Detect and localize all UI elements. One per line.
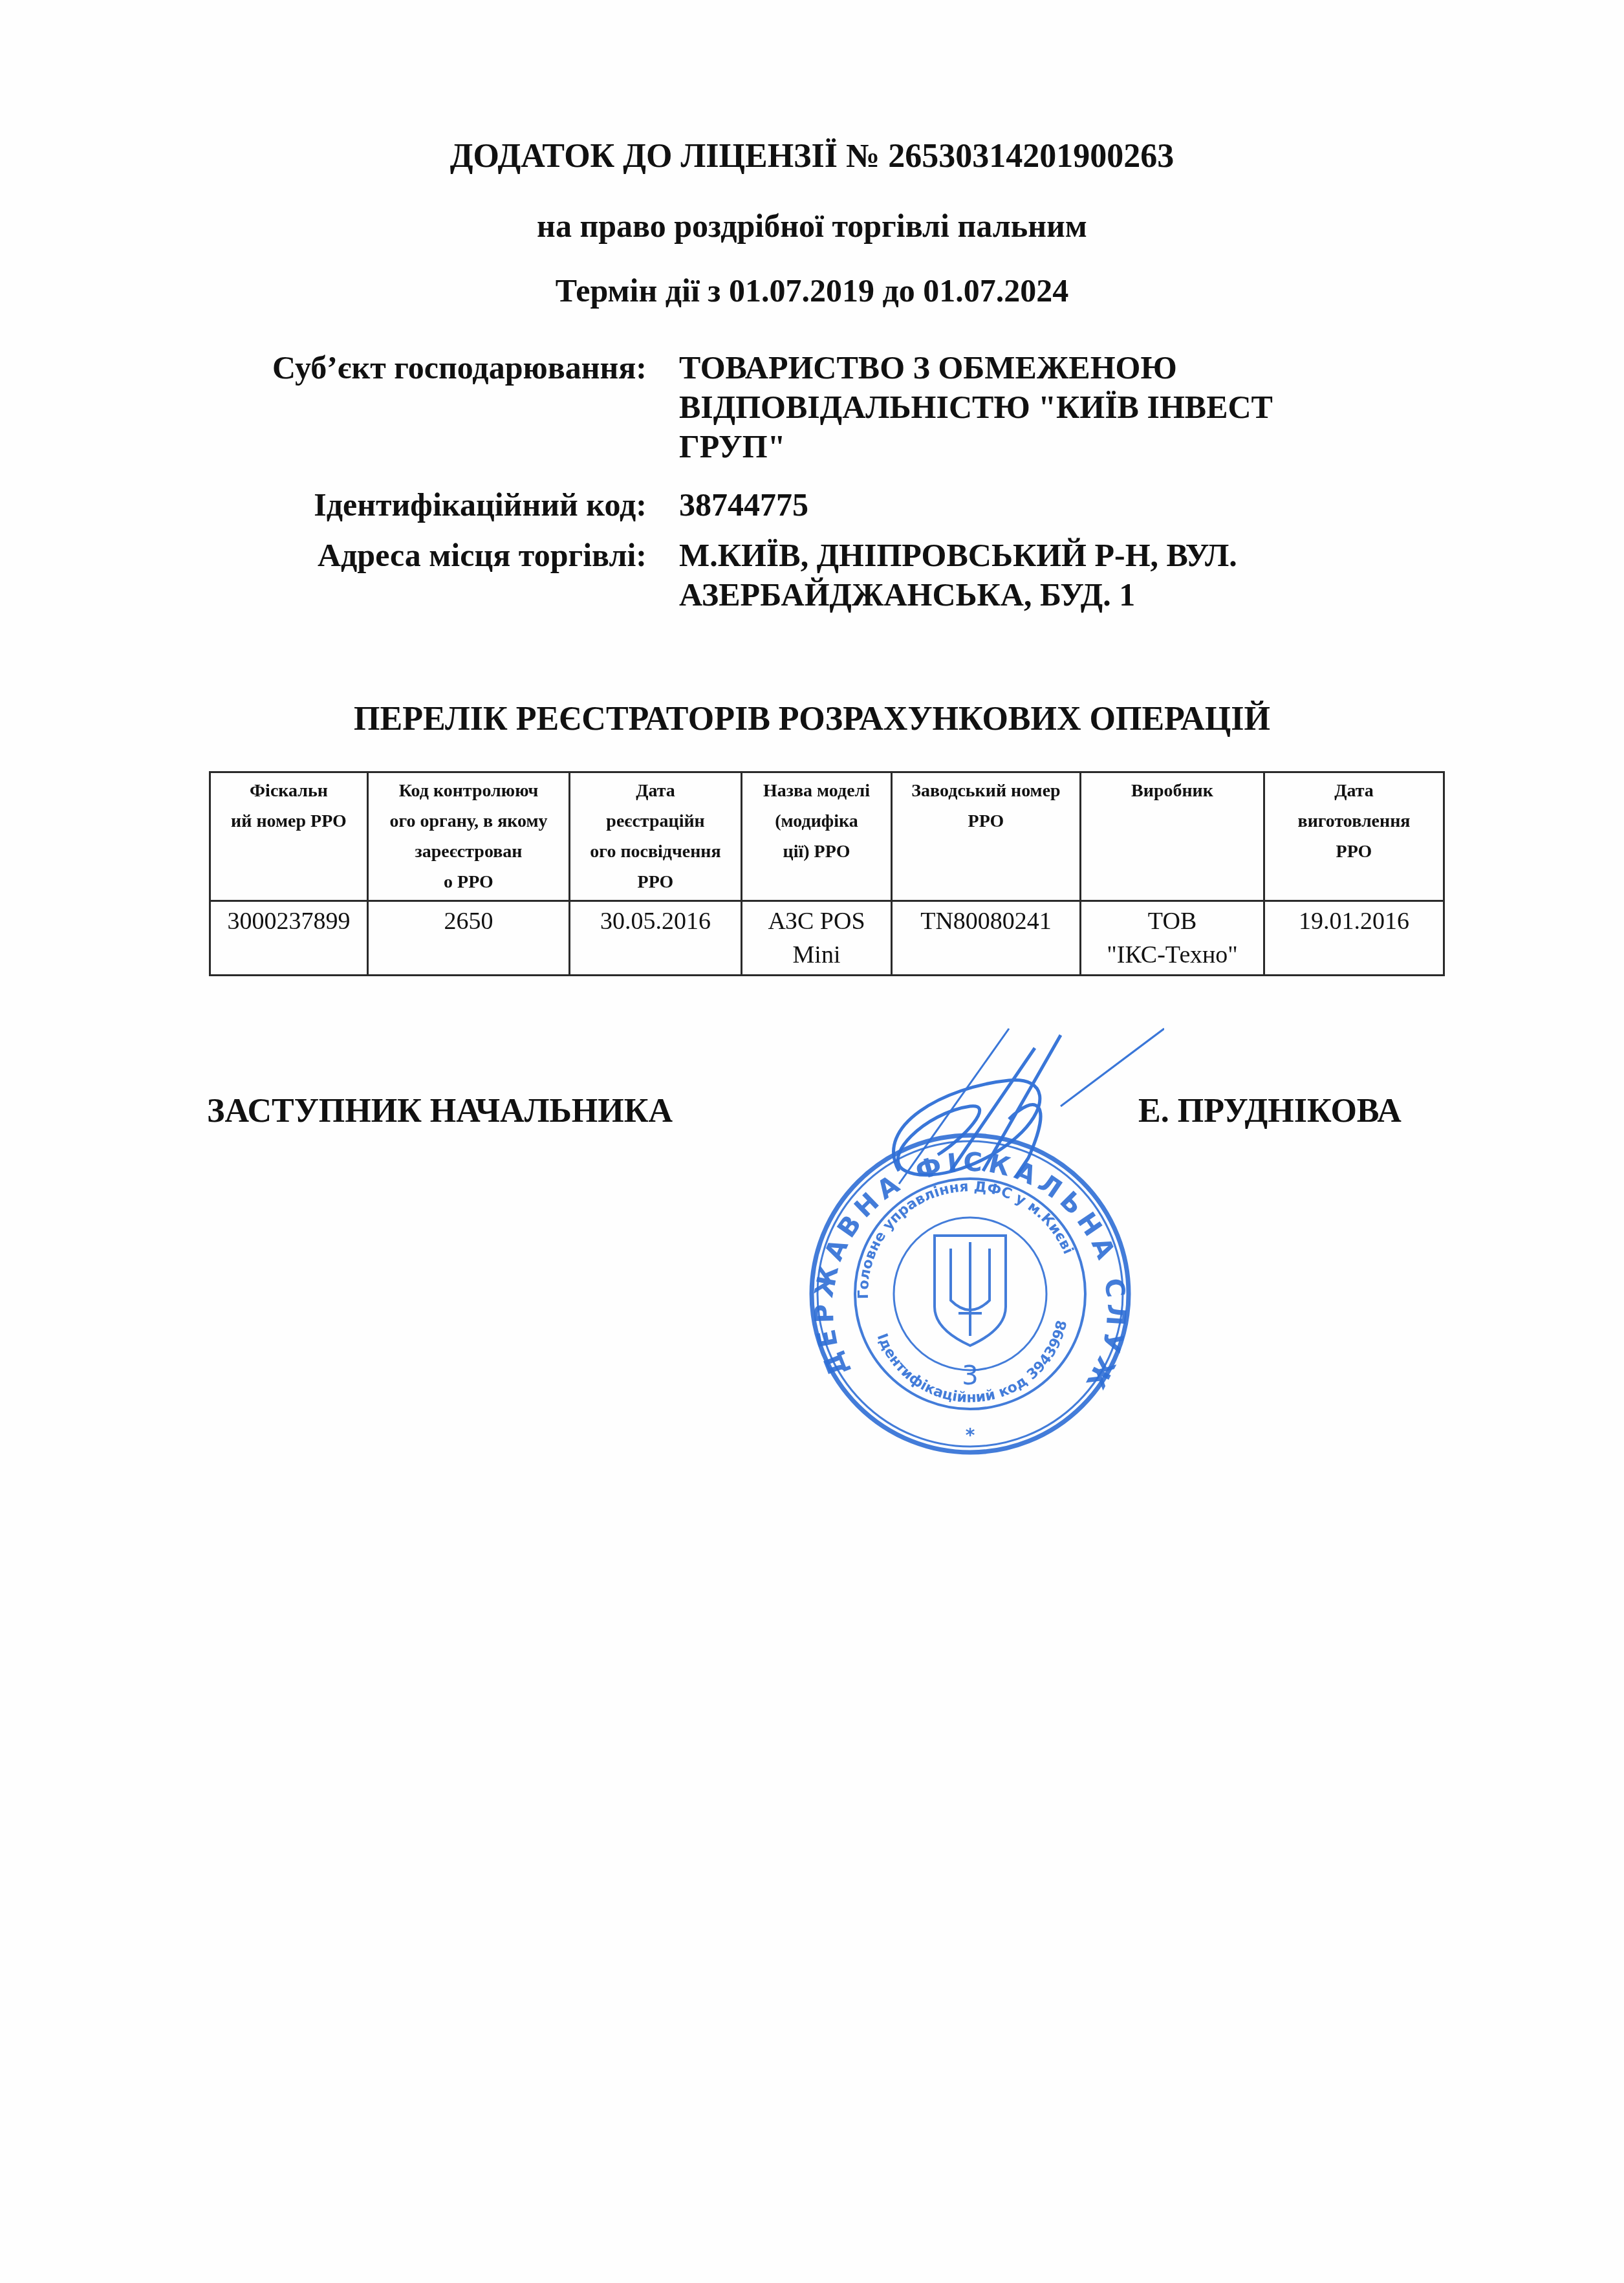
official-stamp-icon: ДЕРЖАВНА ФІСКАЛЬНА СЛУЖБА УКРАЇНИ Головн… xyxy=(776,1009,1164,1475)
column-header-line: Заводський номер xyxy=(895,776,1077,806)
column-header-line: Фіскальн xyxy=(213,776,364,806)
column-header-line: ого органу, в якому xyxy=(371,806,566,836)
column-header: Виробник xyxy=(1081,772,1264,901)
subject-line: ГРУП" xyxy=(679,427,1391,466)
validity-period: Термін дії з 01.07.2019 до 01.07.2024 xyxy=(0,272,1624,309)
column-header: Назва моделі(модифікації) РРО xyxy=(742,772,892,901)
column-header-line: РРО xyxy=(573,867,738,897)
table-cell: 19.01.2016 xyxy=(1264,901,1444,976)
table-row: 3000237899265030.05.2016АЗС POSMiniTN800… xyxy=(210,901,1444,976)
column-header: Датареєстраційного посвідченняРРО xyxy=(570,772,742,901)
column-header: Фіскальний номер РРО xyxy=(210,772,368,901)
column-header-line: РРО xyxy=(1268,836,1440,867)
table-header-row: Фіскальний номер РРОКод контролюючого ор… xyxy=(210,772,1444,901)
table-cell: 30.05.2016 xyxy=(570,901,742,976)
column-header-line: о РРО xyxy=(371,867,566,897)
column-header-line: ий номер РРО xyxy=(213,806,364,836)
svg-text:ДЕРЖАВНА ФІСКАЛЬНА СЛУЖБА УКРА: ДЕРЖАВНА ФІСКАЛЬНА СЛУЖБА УКРАЇНИ xyxy=(776,1009,1131,1398)
table-cell-line: TN80080241 xyxy=(895,904,1077,938)
signer-name: Е. ПРУДНІКОВА xyxy=(1138,1092,1402,1130)
address-value: М.КИЇВ, ДНІПРОВСЬКИЙ Р-Н, ВУЛ. АЗЕРБАЙДЖ… xyxy=(679,536,1391,615)
column-header: ДатавиготовленняРРО xyxy=(1264,772,1444,901)
column-header-line: реєстраційн xyxy=(573,806,738,836)
column-header-line: ції) РРО xyxy=(745,836,888,867)
subject-line: ВІДПОВІДАЛЬНІСТЮ "КИЇВ ІНВЕСТ xyxy=(679,388,1391,427)
table-cell-line: "ІКС-Техно" xyxy=(1084,938,1261,972)
table-cell: АЗС POSMini xyxy=(742,901,892,976)
subject-label: Суб’єкт господарювання: xyxy=(194,348,647,388)
document-title: ДОДАТОК ДО ЛІЦЕНЗІЇ № 26530314201900263 xyxy=(0,137,1624,175)
license-appendix-page: ДОДАТОК ДО ЛІЦЕНЗІЇ № 26530314201900263 … xyxy=(0,0,1624,2283)
table-cell: 2650 xyxy=(368,901,570,976)
column-header-line: Виробник xyxy=(1084,776,1261,806)
id-code-label: Ідентифікаційний код: xyxy=(194,485,647,525)
table-cell-line: АЗС POS xyxy=(745,904,888,938)
subject-line: ТОВАРИСТВО З ОБМЕЖЕНОЮ xyxy=(679,348,1391,388)
table-cell-line: 30.05.2016 xyxy=(573,904,738,938)
column-header-line: Дата xyxy=(573,776,738,806)
address-line: АЗЕРБАЙДЖАНСЬКА, БУД. 1 xyxy=(679,575,1391,615)
document-subtitle: на право роздрібної торгівлі пальним xyxy=(0,207,1624,245)
column-header: Код контролюючого органу, в якомузареєст… xyxy=(368,772,570,901)
svg-text:*: * xyxy=(966,1425,975,1446)
table-cell-line: ТОВ xyxy=(1084,904,1261,938)
stamp-number: 3 xyxy=(962,1361,978,1391)
table-cell-line: 2650 xyxy=(371,904,566,938)
column-header-line: (модифіка xyxy=(745,806,888,836)
column-header-line: Код контролююч xyxy=(371,776,566,806)
rro-list-title: ПЕРЕЛІК РЕЄСТРАТОРІВ РОЗРАХУНКОВИХ ОПЕРА… xyxy=(0,700,1624,738)
column-header-line: РРО xyxy=(895,806,1077,836)
column-header-line: Дата xyxy=(1268,776,1440,806)
id-code-value: 38744775 xyxy=(679,485,1391,525)
rro-table: Фіскальний номер РРОКод контролюючого ор… xyxy=(209,771,1445,976)
table-cell-line: 19.01.2016 xyxy=(1268,904,1440,938)
subject-value: ТОВАРИСТВО З ОБМЕЖЕНОЮ ВІДПОВІДАЛЬНІСТЮ … xyxy=(679,348,1391,466)
column-header-line: виготовлення xyxy=(1268,806,1440,836)
table-cell-line: 3000237899 xyxy=(213,904,364,938)
table-cell: TN80080241 xyxy=(892,901,1081,976)
column-header-line: Назва моделі xyxy=(745,776,888,806)
column-header-line: зареєстрован xyxy=(371,836,566,867)
address-line: М.КИЇВ, ДНІПРОВСЬКИЙ Р-Н, ВУЛ. xyxy=(679,536,1391,575)
signer-position: ЗАСТУПНИК НАЧАЛЬНИКА xyxy=(207,1092,673,1130)
address-label: Адреса місця торгівлі: xyxy=(194,536,647,575)
table-cell: ТОВ"ІКС-Техно" xyxy=(1081,901,1264,976)
table-cell: 3000237899 xyxy=(210,901,368,976)
column-header-line: ого посвідчення xyxy=(573,836,738,867)
table-cell-line: Mini xyxy=(745,938,888,972)
column-header: Заводський номерРРО xyxy=(892,772,1081,901)
table-body: 3000237899265030.05.2016АЗС POSMiniTN800… xyxy=(210,901,1444,976)
